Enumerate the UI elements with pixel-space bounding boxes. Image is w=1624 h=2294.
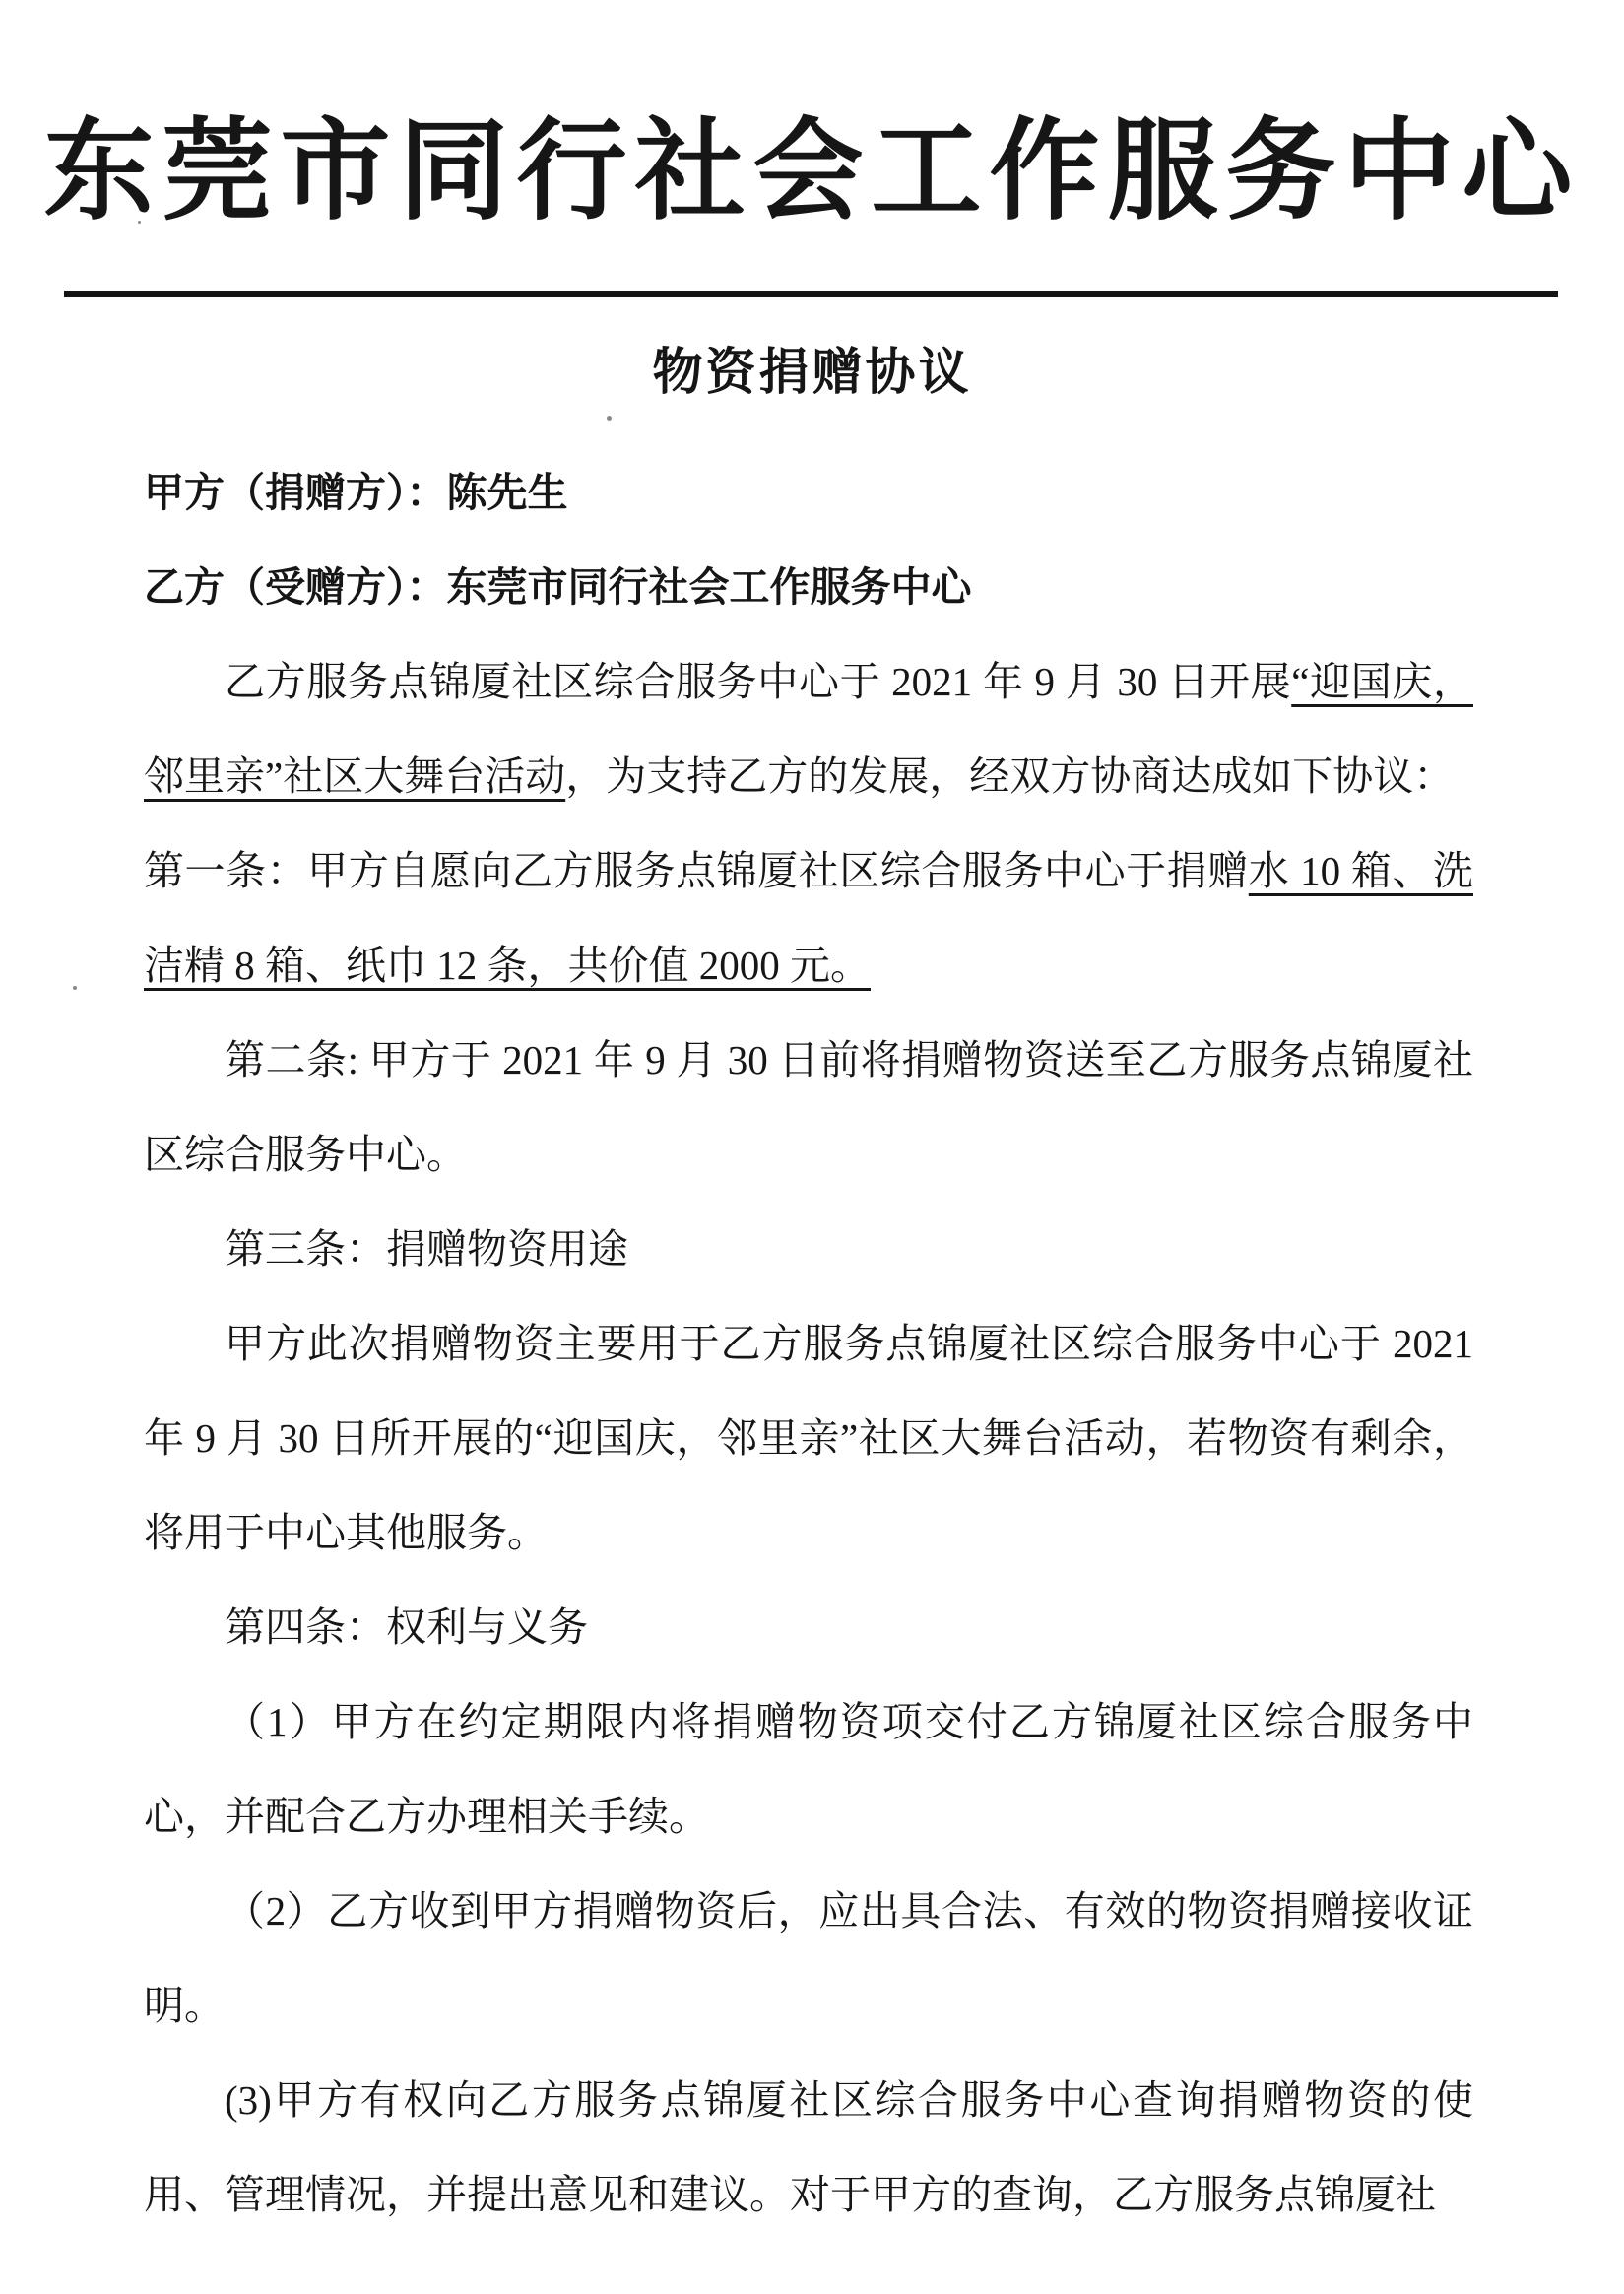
text-segment: （1）甲方在约定期限内将捐赠物资项交付乙方锦厦社区综合服务中心，并配合乙方办理相…: [144, 1699, 1473, 1839]
document-page: 东莞市同行社会工作服务中心 物资捐赠协议 甲方（捐赠方）：陈先生乙方（受赠方）：…: [0, 0, 1624, 2294]
text-segment: 第一条：甲方自愿向乙方服务点锦厦社区综合服务中心于捐赠: [144, 848, 1249, 893]
header-divider-line: [64, 291, 1558, 297]
text-segment: (3)甲方有权向乙方服务点锦厦社区综合服务中心查询捐赠物资的使用、管理情况，并提…: [144, 2077, 1473, 2217]
text-segment: 甲方此次捐赠物资主要用于乙方服务点锦厦社区综合服务中心于 2021 年 9 月 …: [144, 1321, 1473, 1555]
paragraph-8: 第四条：权利与义务: [144, 1580, 1473, 1674]
text-segment: 甲方（捐赠方）：陈先生: [144, 470, 568, 515]
paragraph-1: 甲方（捐赠方）：陈先生: [144, 445, 1473, 540]
org-name-header: 东莞市同行社会工作服务中心: [0, 83, 1624, 241]
paragraph-4: 第一条：甲方自愿向乙方服务点锦厦社区综合服务中心于捐赠水 10 箱、洗洁精 8 …: [144, 823, 1473, 1013]
paragraph-5: 第二条: 甲方于 2021 年 9 月 30 日前将捐赠物资送至乙方服务点锦厦社…: [144, 1013, 1473, 1202]
paragraph-6: 第三条：捐赠物资用途: [144, 1202, 1473, 1296]
scan-speck: [607, 416, 612, 421]
paragraph-3: 乙方服务点锦厦社区综合服务中心于 2021 年 9 月 30 日开展“迎国庆，邻…: [144, 634, 1473, 823]
document-title: 物资捐赠协议: [0, 331, 1624, 404]
scan-speck: [73, 986, 77, 990]
text-segment: 第三条：捐赠物资用途: [225, 1226, 628, 1272]
text-segment: 乙方（受赠方）：东莞市同行社会工作服务中心: [144, 564, 972, 610]
paragraph-2: 乙方（受赠方）：东莞市同行社会工作服务中心: [144, 540, 1473, 634]
text-segment: 第四条：权利与义务: [225, 1605, 588, 1650]
scan-speck: [138, 221, 141, 224]
paragraph-11: (3)甲方有权向乙方服务点锦厦社区综合服务中心查询捐赠物资的使用、管理情况，并提…: [144, 2053, 1473, 2242]
text-segment: ，为支持乙方的发展，经双方协商达成如下协议：: [565, 754, 1454, 799]
text-segment: （2）乙方收到甲方捐赠物资后，应出具合法、有效的物资捐赠接收证明。: [144, 1888, 1473, 2028]
paragraph-9: （1）甲方在约定期限内将捐赠物资项交付乙方锦厦社区综合服务中心，并配合乙方办理相…: [144, 1674, 1473, 1864]
text-segment: 第二条: 甲方于 2021 年 9 月 30 日前将捐赠物资送至乙方服务点锦厦社…: [144, 1037, 1473, 1177]
text-segment: 乙方服务点锦厦社区综合服务中心于 2021 年 9 月 30 日开展: [225, 659, 1291, 704]
paragraph-7: 甲方此次捐赠物资主要用于乙方服务点锦厦社区综合服务中心于 2021 年 9 月 …: [144, 1296, 1473, 1580]
paragraph-10: （2）乙方收到甲方捐赠物资后，应出具合法、有效的物资捐赠接收证明。: [144, 1864, 1473, 2053]
document-body: 甲方（捐赠方）：陈先生乙方（受赠方）：东莞市同行社会工作服务中心乙方服务点锦厦社…: [144, 445, 1473, 2242]
